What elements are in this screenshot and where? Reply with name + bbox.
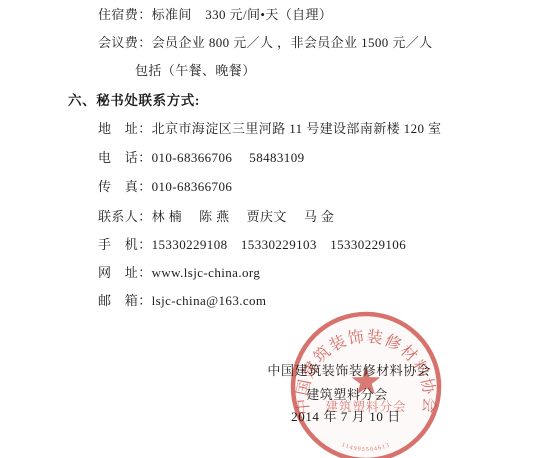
- seal-center-text: 建筑塑料分会: [325, 399, 406, 414]
- fee-value: 标准间 330 元/间•天（自理）: [152, 7, 333, 22]
- contact-value: www.lsjc-china.org: [152, 265, 261, 280]
- section-heading: 六、秘书处联系方式:: [68, 93, 200, 109]
- contact-label: 电 话：: [98, 150, 152, 165]
- contact-row-persons: 联系人：林 楠 陈 燕 贾庆文 马 金: [98, 209, 334, 225]
- contact-value: lsjc-china@163.com: [152, 293, 267, 308]
- contact-row-email: 邮 箱：lsjc-china@163.com: [98, 293, 266, 309]
- fee-label: 住宿费：: [98, 7, 152, 22]
- contact-value: 林 楠 陈 燕 贾庆文 马 金: [152, 209, 335, 224]
- fee-line-includes: 包括（午餐、晚餐）: [135, 63, 256, 79]
- contact-row-phone: 电 话：010-68366706 58483109: [98, 150, 305, 166]
- fee-label: 会议费：: [98, 35, 152, 50]
- contact-value: 15330229108 15330229103 15330229106: [152, 237, 407, 252]
- contact-label: 地 址：: [98, 121, 152, 136]
- contact-value: 北京市海淀区三里河路 11 号建设部南新楼 120 室: [152, 121, 442, 136]
- fee-line-conference: 会议费：会员企业 800 元／人 ，非会员企业 1500 元／人: [98, 35, 433, 51]
- contact-row-mobile: 手 机：15330229108 15330229103 15330229106: [98, 237, 406, 253]
- document-page: 住宿费：标准间 330 元/间•天（自理） 会议费：会员企业 800 元／人 ，…: [0, 0, 543, 458]
- contact-value: 010-68366706: [152, 179, 233, 194]
- contact-label: 传 真：: [98, 179, 152, 194]
- contact-value: 010-68366706 58483109: [152, 150, 305, 165]
- contact-label: 网 址：: [98, 265, 152, 280]
- fee-value: 包括（午餐、晚餐）: [135, 63, 256, 78]
- contact-label: 联系人：: [98, 209, 152, 224]
- contact-row-fax: 传 真：010-68366706: [98, 179, 232, 195]
- contact-label: 邮 箱：: [98, 293, 152, 308]
- contact-label: 手 机：: [98, 237, 152, 252]
- contact-row-website: 网 址：www.lsjc-china.org: [98, 265, 260, 281]
- official-seal: 中国建筑装饰装修材料协会 建筑塑料分会 114995504613: [287, 308, 445, 458]
- fee-value: 会员企业 800 元／人 ，非会员企业 1500 元／人: [152, 35, 433, 50]
- fee-line-lodging: 住宿费：标准间 330 元/间•天（自理）: [98, 7, 332, 23]
- contact-row-address: 地 址：北京市海淀区三里河路 11 号建设部南新楼 120 室: [98, 121, 441, 137]
